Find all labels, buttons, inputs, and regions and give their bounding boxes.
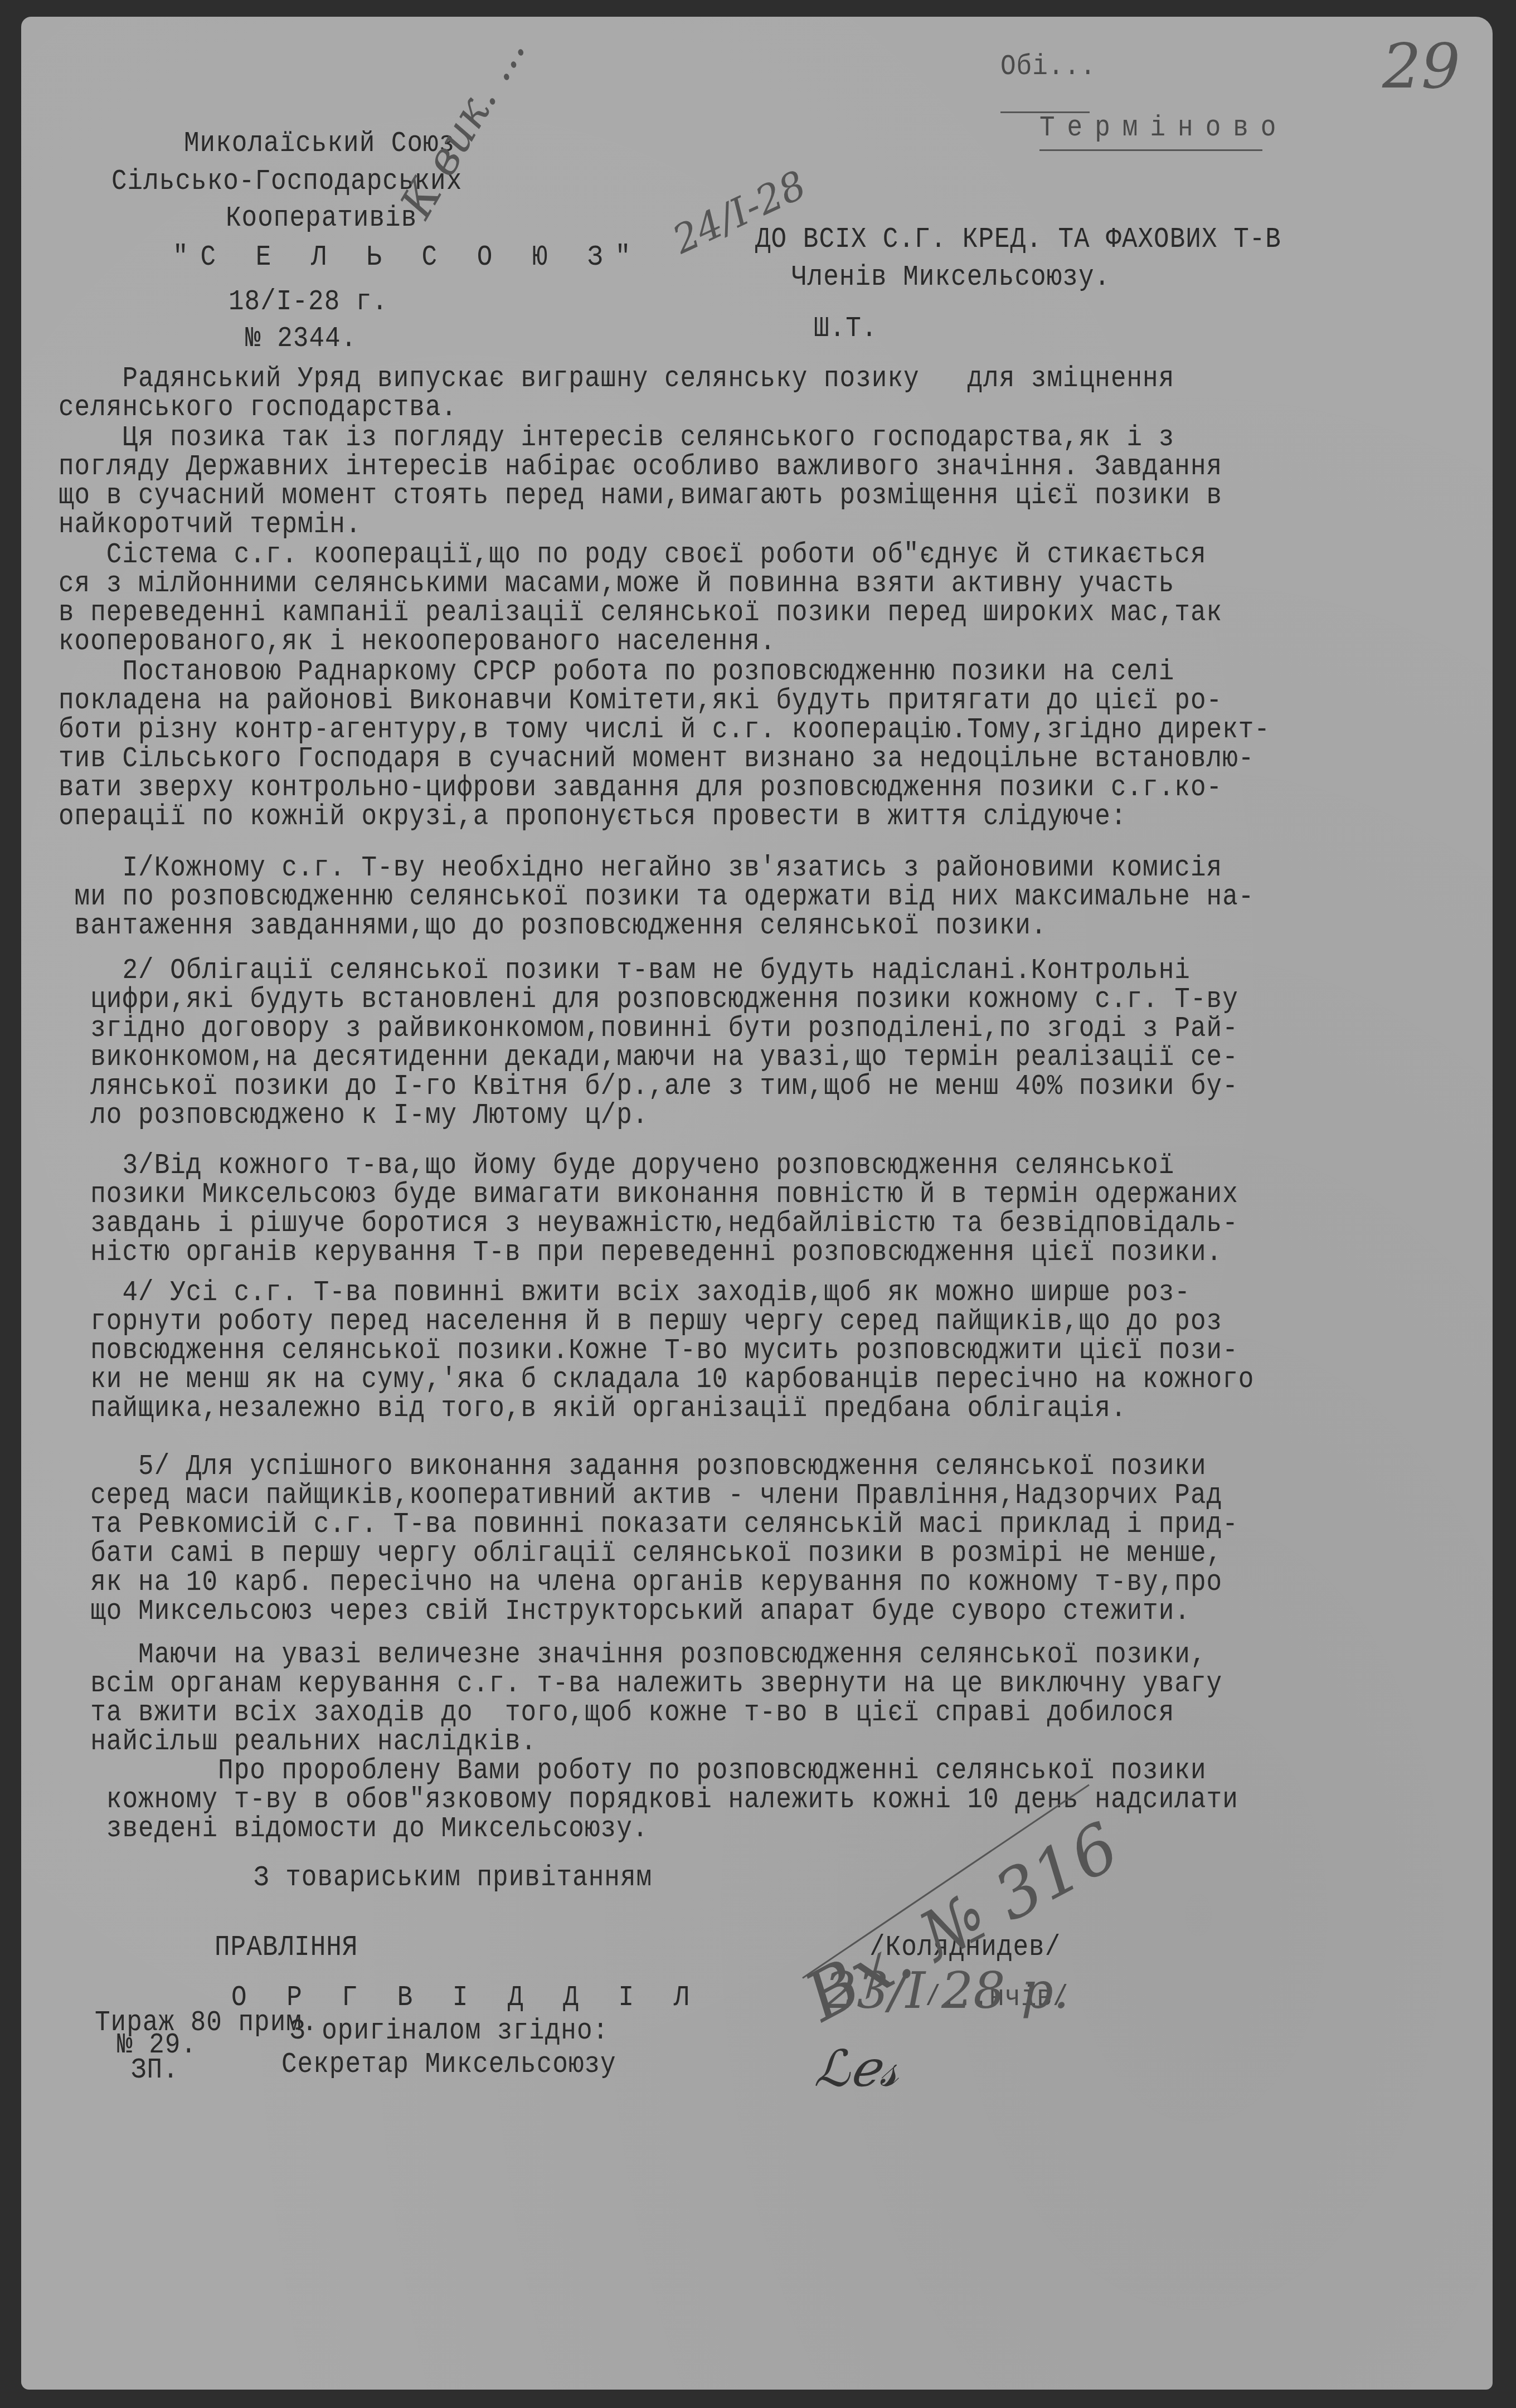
item-3-line: позики Миксельсоюз буде вимагати виконан… bbox=[59, 1178, 1238, 1210]
paragraph-line: тив Сільського Господаря в сучасний моме… bbox=[59, 742, 1254, 775]
item-4-line: 4/ Усі с.г. Т-ва повинні вжити всіх захо… bbox=[59, 1276, 1191, 1308]
item-4-line: повсюдження селянської позики.Кожне Т-во… bbox=[59, 1334, 1238, 1366]
closing-line: Маючи на увазі величезне значіння розпов… bbox=[59, 1638, 1207, 1671]
item-2-line: цифри,які будуть встановлені для розповс… bbox=[59, 983, 1238, 1015]
item-5-line: та Ревкомисій с.г. Т-ва повинні показати… bbox=[59, 1508, 1238, 1540]
item-2-line: лянської позики до I-го Квітня б/р.,але … bbox=[59, 1070, 1238, 1102]
greeting: З товариським привітанням bbox=[254, 1861, 652, 1894]
paragraph-line: найкоротчий термін. bbox=[59, 508, 362, 541]
secretary-signature: ℒℯ𝓈 bbox=[814, 2040, 898, 2099]
closing-line: найсільш реальних наслідків. bbox=[59, 1725, 537, 1758]
item-5-line: серед маси пайщиків,кооперативний актив … bbox=[59, 1479, 1222, 1511]
letter-date: 18/I-28 г. bbox=[229, 285, 388, 318]
paragraph-line: вати зверху контрольно-цифрови завдання … bbox=[59, 771, 1222, 804]
org-name: "С Е Л Ь С О Ю З" bbox=[173, 241, 643, 273]
paragraph-line: Ця позика так із погляду інтересів селян… bbox=[59, 421, 1174, 454]
item-1-line: ми по розповсюдженню селянської позики т… bbox=[59, 880, 1254, 913]
item-4-line: пайщика,незалежно від того,в якій органі… bbox=[59, 1392, 1127, 1424]
item-5-line: що Миксельсоюз через свій Інструкторськи… bbox=[59, 1595, 1191, 1627]
closing-line: зведені відомости до Миксельсоюзу. bbox=[59, 1812, 648, 1845]
letter-number: № 2344. bbox=[245, 322, 357, 354]
item-4-line: ки не менш як на суму,'яка б складала 10… bbox=[59, 1363, 1254, 1395]
certified-note: З оригіналом згідно: bbox=[290, 2015, 609, 2047]
org-line-3: Кооперативів bbox=[226, 202, 417, 234]
item-1-line: вантаження завданнями,що до розповсюджен… bbox=[59, 909, 1047, 942]
paragraph-line: ся з мілйонними селянськими масами,може … bbox=[59, 567, 1174, 600]
closing-line: всім органам керування с.г. т-ва належит… bbox=[59, 1667, 1222, 1700]
stamp-rule-2 bbox=[1039, 149, 1262, 151]
stamp-line-1: Обі... bbox=[1000, 50, 1096, 82]
secretary-label: Секретар Миксельсоюзу bbox=[281, 2048, 616, 2080]
paragraph-line: операції по кожній окрузі,а пропонується… bbox=[59, 800, 1127, 833]
item-5-line: бати самі в першу чергу облігації селянс… bbox=[59, 1537, 1222, 1569]
item-5-line: як на 10 карб. пересічно на члена органі… bbox=[59, 1566, 1222, 1598]
item-2-line: згідно договору з райвиконкомом,повинні … bbox=[59, 1012, 1238, 1044]
salutation: Ш.Т. bbox=[814, 312, 877, 344]
item-3-line: ністю органів керування Т-в при переведе… bbox=[59, 1236, 1222, 1268]
paragraph-line: Постановою Раднаркому СРСР робота по роз… bbox=[59, 655, 1174, 688]
item-2-line: ло розповсюджено к I-му Лютому ц/р. bbox=[59, 1099, 648, 1131]
closing-line: Про пророблену Вами роботу по розповсюдж… bbox=[59, 1754, 1207, 1787]
paragraph-line: селянського господарства. bbox=[59, 391, 457, 424]
paragraph-line: що в сучасний момент стоять перед нами,в… bbox=[59, 479, 1222, 512]
paragraph-line: кооперованого,як і некооперованого насел… bbox=[59, 625, 776, 658]
paragraph-line: боти різну контр-агентуру,в тому числі й… bbox=[59, 713, 1270, 746]
paragraph-line: погляду Державних інтересів набірає особ… bbox=[59, 450, 1222, 483]
paragraph-line: покладена на районові Виконавчи Комітети… bbox=[59, 684, 1222, 717]
org-line-1: Миколаїський Союз bbox=[184, 127, 455, 159]
item-5-line: 5/ Для успішного виконання задання розпо… bbox=[59, 1450, 1207, 1482]
page-number-handwritten: 29 bbox=[1382, 31, 1460, 102]
closing-line: та вжити всіх заходів до того,щоб кожне … bbox=[59, 1696, 1174, 1729]
item-1-line: I/Кожному с.г. Т-ву необхідно негайно зв… bbox=[59, 852, 1222, 884]
item-2-line: виконкомом,на десятиденни декади,маючи н… bbox=[59, 1041, 1238, 1073]
paragraph-line: Сістема с.г. кооперації,що по роду своєї… bbox=[59, 538, 1207, 571]
handwritten-received-date: 23/I 28 р. bbox=[825, 1962, 1069, 2020]
paragraph-line: Радянський Уряд випускає виграшну селянс… bbox=[59, 362, 1174, 395]
stamp-line-2: Терміново bbox=[1039, 111, 1288, 144]
item-3-line: 3/Від кожного т-ва,що йому буде доручено… bbox=[59, 1149, 1174, 1181]
closing-line: кожному т-ву в обов"язковому порядкові н… bbox=[59, 1783, 1238, 1816]
paragraph-line: в переведенні кампанії реалізації селянс… bbox=[59, 596, 1222, 629]
board-label: ПРАВЛІННЯ bbox=[215, 1931, 358, 1963]
item-4-line: горнути роботу перед населення й в першу… bbox=[59, 1305, 1222, 1337]
item-2-line: 2/ Облігації селянської позики т-вам не … bbox=[59, 954, 1191, 986]
footer-initials: ЗП. bbox=[131, 2054, 179, 2086]
addressee-line-2: Членів Миксельсоюзу. bbox=[791, 261, 1110, 293]
addressee-line-1: ДО ВСІХ С.Г. КРЕД. ТА ФАХОВИХ Т-В bbox=[755, 223, 1281, 255]
item-3-line: завдань і рішуче боротися з неуважністю,… bbox=[59, 1207, 1238, 1239]
